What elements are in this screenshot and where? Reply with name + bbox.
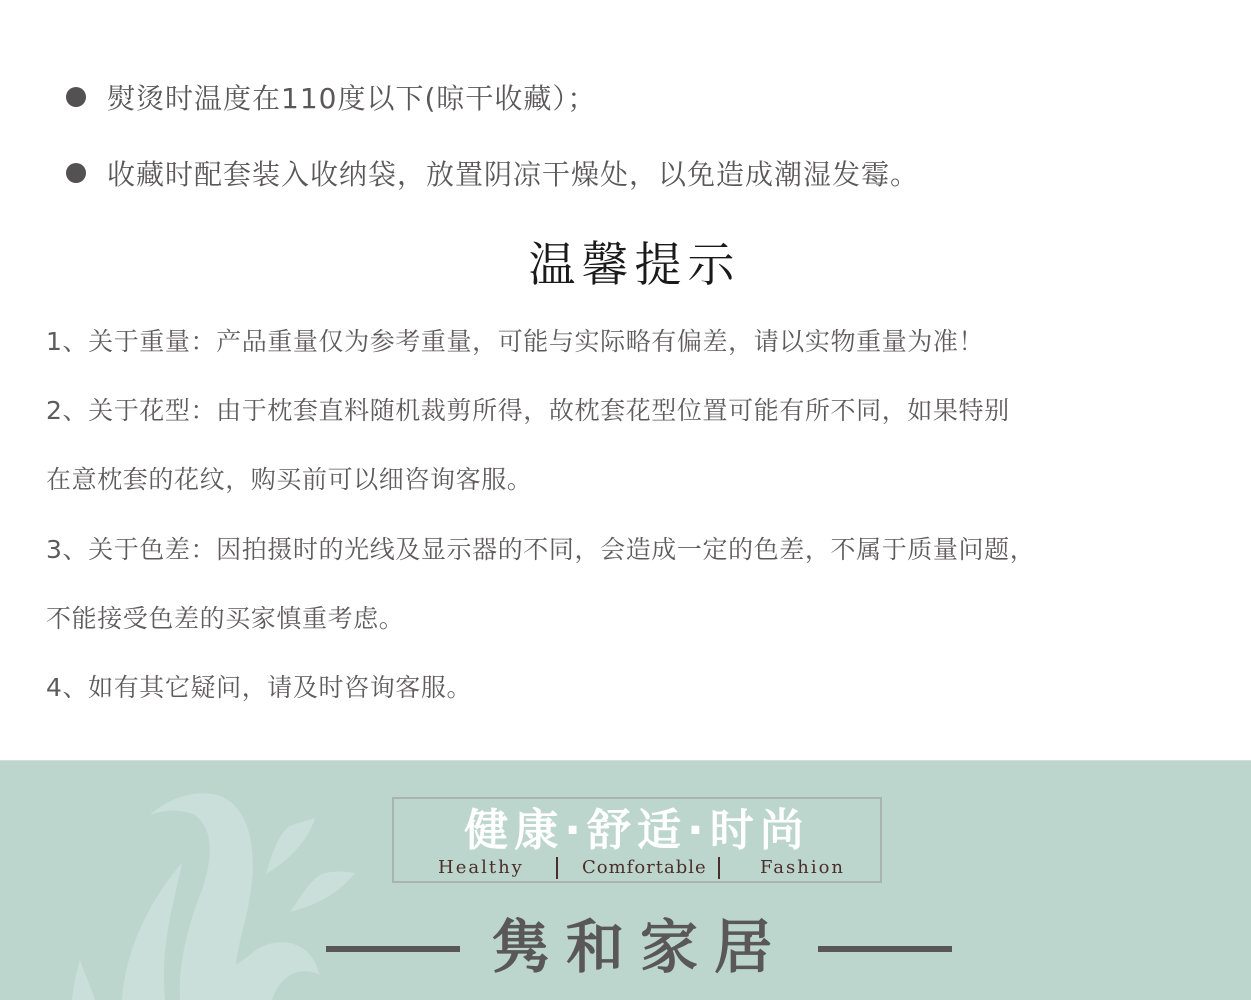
brand-banner: 健康·舒适·时尚 Healthy Comfortable Fashion 隽和家… [0, 760, 1251, 1000]
slogan-word-comfortable: Comfortable [582, 857, 707, 878]
brand-divider-right [818, 946, 952, 952]
slogan-english: Healthy Comfortable Fashion [394, 857, 880, 881]
tip-color-difference: 3、关于色差：因拍摄时的光线及显示器的不同，会造成一定的色差，不属于质量问题， [46, 532, 1035, 568]
tip-color-difference-continued: 不能接受色差的买家慎重考虑。 [46, 601, 404, 637]
slogan-word-healthy: Healthy [438, 857, 524, 878]
product-detail-page: 熨烫时温度在110度以下(晾干收藏）； 收藏时配套装入收纳袋，放置阴凉干燥处，以… [0, 0, 1251, 1000]
bullet-dot-icon [66, 163, 86, 183]
tip-pattern: 2、关于花型：由于枕套直料随机裁剪所得，故枕套花型位置可能有所不同，如果特别 [46, 393, 1010, 429]
bullet-dot-icon [66, 87, 86, 107]
slogan-separator [556, 857, 558, 879]
slogan-word-fashion: Fashion [760, 857, 845, 878]
care-item: 收藏时配套装入收纳袋，放置阴凉干燥处，以免造成潮湿发霉。 [66, 153, 919, 193]
tip-weight: 1、关于重量：产品重量仅为参考重量，可能与实际略有偏差，请以实物重量为准！ [46, 324, 984, 360]
slogan-chinese: 健康·舒适·时尚 [394, 803, 880, 859]
tips-title: 温馨提示 [0, 236, 1251, 296]
tip-pattern-continued: 在意枕套的花纹，购买前可以细咨询客服。 [46, 462, 532, 498]
care-item-text: 熨烫时温度在110度以下(晾干收藏）； [107, 77, 596, 117]
slogan-separator [718, 857, 720, 879]
care-item: 熨烫时温度在110度以下(晾干收藏）； [66, 77, 596, 117]
brand-row: 隽和家居 [0, 912, 1251, 982]
brand-divider-left [326, 946, 460, 952]
care-item-text: 收藏时配套装入收纳袋，放置阴凉干燥处，以免造成潮湿发霉。 [107, 153, 919, 193]
tip-other-questions: 4、如有其它疑问，请及时咨询客服。 [46, 670, 472, 706]
brand-name: 隽和家居 [490, 912, 790, 982]
slogan-box: 健康·舒适·时尚 Healthy Comfortable Fashion [392, 797, 882, 883]
